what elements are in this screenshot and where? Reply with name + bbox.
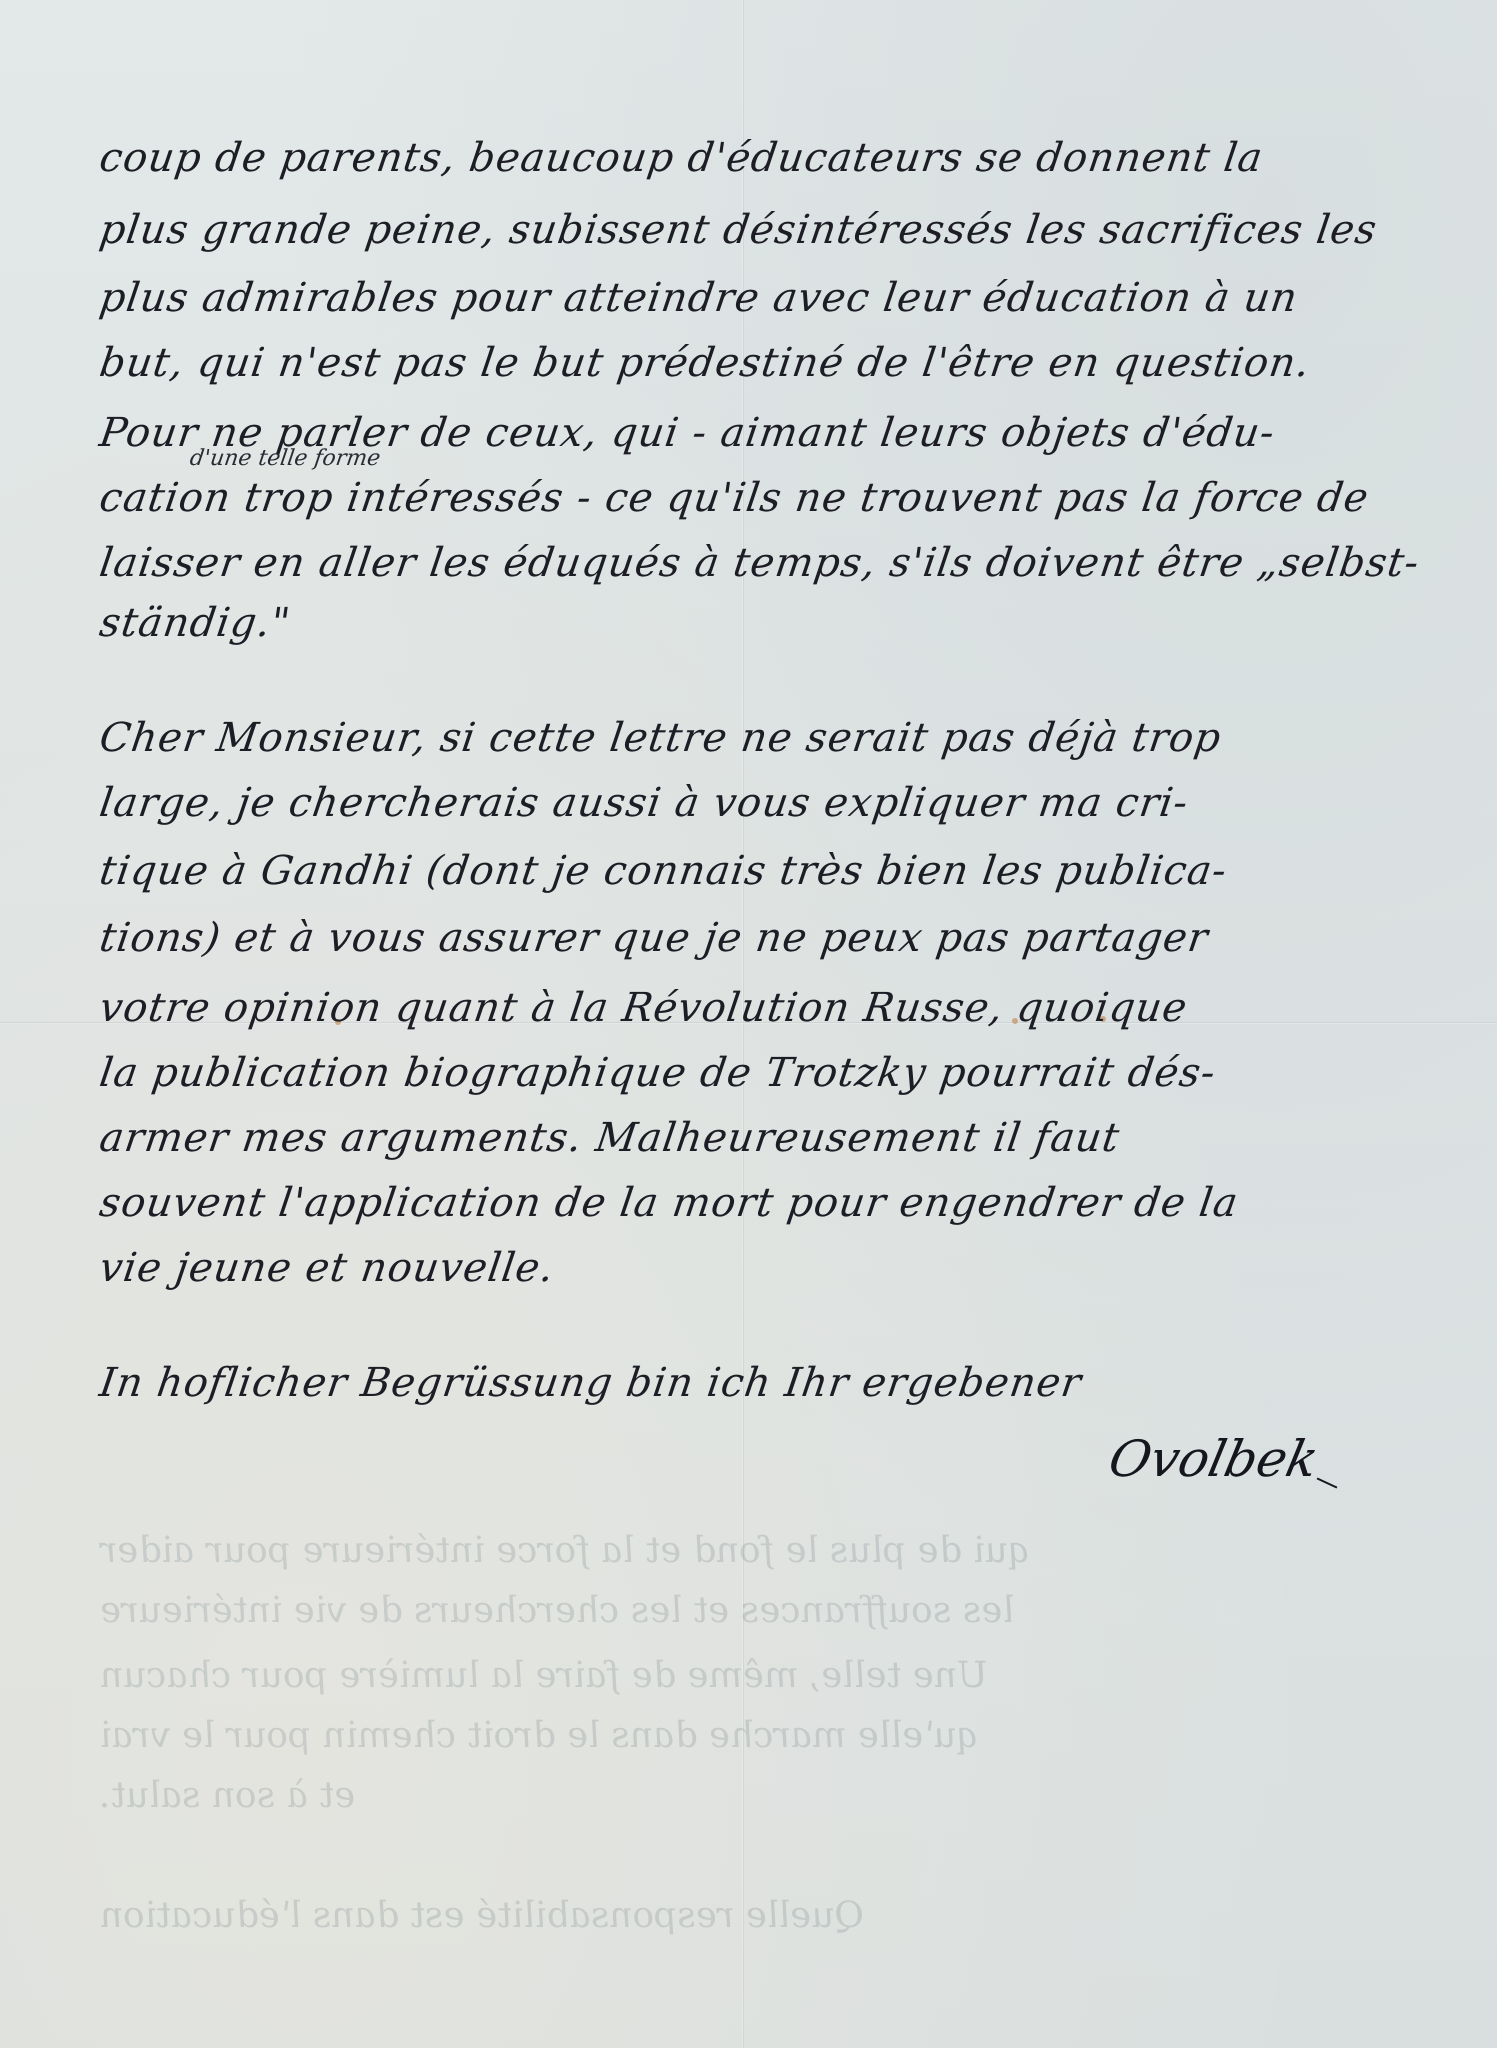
bleed-through-line: qu'elle marche dans le droit chemin pour… — [97, 1715, 982, 1756]
letter-line: cation trop intéressés - ce qu'ils ne tr… — [97, 475, 1460, 521]
bleed-through-line: qui de plus le fond et la force intérieu… — [97, 1530, 1034, 1571]
letter-line: votre opinion quant à la Révolution Russ… — [97, 985, 1460, 1031]
letter-line: tions) et à vous assurer que je ne peux … — [97, 915, 1460, 961]
interlinear-insertion: d'une telle forme — [188, 446, 382, 471]
closing-salutation: In hoflicher Begrüssung bin ich Ihr erge… — [97, 1360, 1460, 1406]
letter-line: but, qui n'est pas le but prédestiné de … — [97, 340, 1460, 386]
signature-flourish — [1317, 1477, 1338, 1488]
bleed-through-line: les souffrances et les chercheurs de vie… — [97, 1590, 1017, 1631]
letter-line: tique à Gandhi (dont je connais très bie… — [97, 848, 1460, 894]
letter-line: armer mes arguments. Malheureusement il … — [97, 1115, 1460, 1161]
bleed-through-line: et à son salut. — [97, 1775, 358, 1816]
letter-line: la publication biographique de Trotzky p… — [97, 1050, 1460, 1096]
letter-line: laisser en aller les éduqués à temps, s'… — [97, 540, 1460, 586]
letter-line: ständig." — [97, 600, 1460, 646]
letter-line: coup de parents, beaucoup d'éducateurs s… — [97, 135, 1460, 181]
letter-line: large, je chercherais aussi à vous expli… — [97, 780, 1460, 826]
signature: Ovolbek — [1104, 1430, 1324, 1488]
letter-page: qui de plus le fond et la force intérieu… — [0, 0, 1497, 2048]
bleed-through-line: Quelle responsabilité est dans l'éducati… — [97, 1895, 867, 1936]
letter-line: Cher Monsieur, si cette lettre ne serait… — [97, 715, 1460, 761]
letter-line: plus admirables pour atteindre avec leur… — [97, 275, 1460, 321]
letter-line: plus grande peine, subissent désintéress… — [97, 207, 1460, 253]
bleed-through-line: Une telle, même de faire la lumière pour… — [97, 1655, 990, 1696]
letter-line: souvent l'application de la mort pour en… — [97, 1180, 1460, 1226]
letter-line: vie jeune et nouvelle. — [97, 1245, 1460, 1291]
